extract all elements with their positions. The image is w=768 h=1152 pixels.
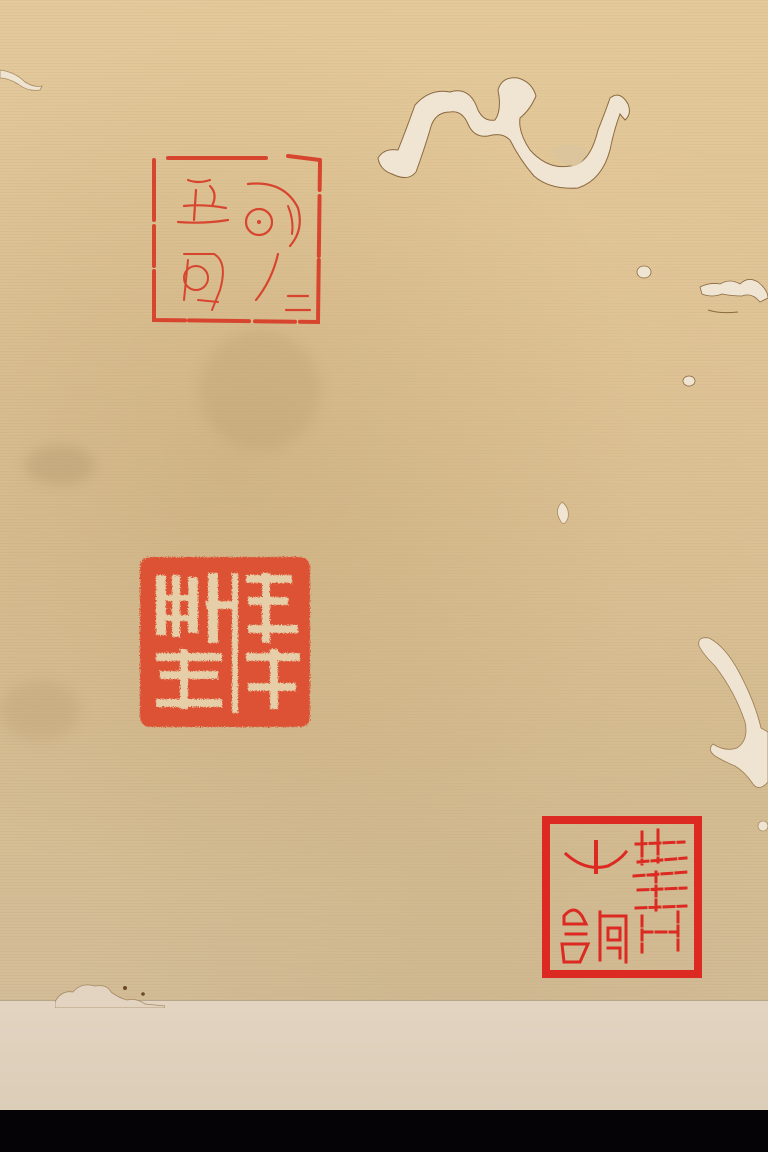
wormhole-right-upper bbox=[630, 262, 768, 322]
seal-top-left bbox=[148, 150, 324, 328]
wormhole-small bbox=[552, 500, 572, 530]
wormhole-top-left bbox=[0, 60, 50, 100]
scroll-mount bbox=[0, 1000, 768, 1111]
seal-middle-left bbox=[136, 553, 314, 731]
stain bbox=[0, 680, 80, 740]
black-background bbox=[0, 1110, 768, 1152]
wormhole-top-center bbox=[370, 70, 650, 200]
wormhole-right-lower bbox=[695, 632, 768, 832]
torn-edge-bottom-left bbox=[55, 978, 165, 1008]
stain bbox=[200, 330, 320, 450]
seal-bottom-right bbox=[538, 812, 706, 982]
stain bbox=[25, 445, 95, 485]
wormhole-small bbox=[682, 374, 696, 388]
